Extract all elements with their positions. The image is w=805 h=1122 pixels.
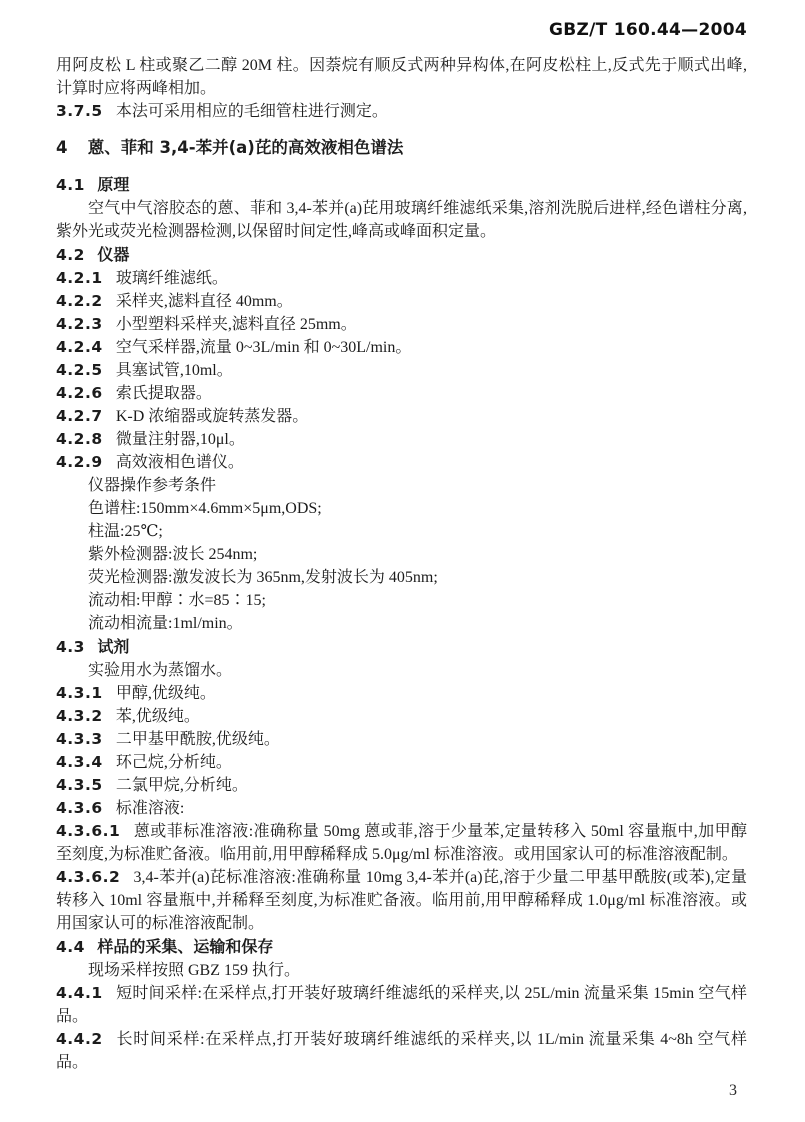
clause-4.3.5: 4.3.5二氯甲烷,分析纯。 [56, 774, 747, 797]
clause-number: 4.3.6 [56, 799, 103, 817]
clause-text: 长时间采样:在采样点,打开装好玻璃纤维滤纸的采样夹,以 1L/min 流量采集 … [56, 1031, 747, 1071]
clause-number: 4.3.4 [56, 753, 103, 771]
clause-text: 高效液相色谱仪。 [116, 454, 244, 471]
clause-4.1: 4.1原理 [56, 173, 747, 197]
clause-4.3.6.2: 4.3.6.23,4-苯并(a)芘标准溶液:准确称量 10mg 3,4-苯并(a… [56, 866, 747, 935]
paragraph: 现场采样按照 GBZ 159 执行。 [56, 959, 747, 982]
clause-text: K-D 浓缩器或旋转蒸发器。 [116, 408, 308, 425]
clause-number: 4.3.3 [56, 730, 103, 748]
clause-4.3: 4.3试剂 [56, 635, 747, 659]
clause-4.2.9: 4.2.9高效液相色谱仪。 [56, 451, 747, 474]
clause-number: 4.3 [56, 638, 85, 656]
clause-4.2.2: 4.2.2采样夹,滤料直径 40mm。 [56, 290, 747, 313]
clause-number: 4.2.4 [56, 338, 103, 356]
clause-text: 色谱柱:150mm×4.6mm×5μm,ODS; [88, 500, 322, 517]
clause-text: 蒽、菲和 3,4-苯并(a)芘的高效液相色谱法 [88, 138, 404, 157]
clause-4.3.4: 4.3.4环己烷,分析纯。 [56, 751, 747, 774]
clause-4.2.3: 4.2.3小型塑料采样夹,滤料直径 25mm。 [56, 313, 747, 336]
clause-number: 4.3.2 [56, 707, 103, 725]
clause-number: 4.3.6.1 [56, 822, 120, 840]
clause-number: 4.2.2 [56, 292, 103, 310]
clause-number: 4.4.2 [56, 1030, 103, 1048]
clause-text: 荧光检测器:激发波长为 365nm,发射波长为 405nm; [88, 569, 438, 586]
clause-text: 二甲基甲酰胺,优级纯。 [116, 731, 280, 748]
clause-text: 本法可采用相应的毛细管柱进行测定。 [116, 103, 388, 120]
clause-text: 3,4-苯并(a)芘标准溶液:准确称量 10mg 3,4-苯并(a)芘,溶于少量… [56, 869, 747, 932]
standard-number: GBZ/T 160.44—2004 [549, 20, 747, 40]
clause-number: 3.7.5 [56, 102, 103, 120]
paragraph: 色谱柱:150mm×4.6mm×5μm,ODS; [88, 497, 747, 520]
clause-number: 4.2.7 [56, 407, 103, 425]
clause-text: 具塞试管,10ml。 [116, 362, 233, 379]
document-page: GBZ/T 160.44—2004 用阿皮松 L 柱或聚乙二醇 20M 柱。因萘… [0, 0, 805, 1122]
paragraph: 实验用水为蒸馏水。 [56, 659, 747, 682]
clause-text: 仪器 [97, 245, 129, 264]
paragraph: 柱温:25℃; [88, 520, 747, 543]
clause-text: 样品的采集、运输和保存 [97, 937, 273, 956]
clause-number: 4.3.6.2 [56, 868, 120, 886]
clause-text: 苯,优级纯。 [116, 708, 200, 725]
clause-text: 索氏提取器。 [116, 385, 212, 402]
clause-text: 试剂 [97, 637, 129, 656]
clause-text: 紫外检测器:波长 254nm; [88, 546, 257, 563]
clause-number: 4.2.3 [56, 315, 103, 333]
clause-number: 4.2.5 [56, 361, 103, 379]
paragraph: 荧光检测器:激发波长为 365nm,发射波长为 405nm; [88, 566, 747, 589]
clause-text: 短时间采样:在采样点,打开装好玻璃纤维滤纸的采样夹,以 25L/min 流量采集… [56, 985, 747, 1025]
clause-text: 流动相:甲醇∶水=85∶15; [88, 592, 266, 609]
paragraph: 仪器操作参考条件 [88, 474, 747, 497]
clause-4.2.6: 4.2.6索氏提取器。 [56, 382, 747, 405]
clause-text: 仪器操作参考条件 [88, 477, 216, 494]
clause-text: 柱温:25℃; [88, 523, 163, 540]
clause-number: 4 [56, 138, 68, 157]
clause-4.4.2: 4.4.2长时间采样:在采样点,打开装好玻璃纤维滤纸的采样夹,以 1L/min … [56, 1028, 747, 1074]
paragraph: 紫外检测器:波长 254nm; [88, 543, 747, 566]
page-number: 3 [729, 1082, 737, 1100]
clause-text: 蒽或菲标准溶液:准确称量 50mg 蒽或菲,溶于少量苯,定量转移入 50ml 容… [56, 823, 747, 863]
clause-number: 4.2 [56, 246, 85, 264]
clause-4.3.2: 4.3.2苯,优级纯。 [56, 705, 747, 728]
clause-text: 原理 [97, 175, 129, 194]
clause-4.4.1: 4.4.1短时间采样:在采样点,打开装好玻璃纤维滤纸的采样夹,以 25L/min… [56, 982, 747, 1028]
clause-number: 4.3.5 [56, 776, 103, 794]
document-content: 用阿皮松 L 柱或聚乙二醇 20M 柱。因萘烷有顺反式两种异构体,在阿皮松柱上,… [56, 54, 747, 1074]
clause-text: 现场采样按照 GBZ 159 执行。 [88, 962, 300, 979]
paragraph: 流动相:甲醇∶水=85∶15; [88, 589, 747, 612]
clause-4.3.1: 4.3.1甲醇,优级纯。 [56, 682, 747, 705]
clause-4.2.1: 4.2.1玻璃纤维滤纸。 [56, 267, 747, 290]
paragraph: 空气中气溶胶态的蒽、菲和 3,4-苯并(a)芘用玻璃纤维滤纸采集,溶剂洗脱后进样… [56, 197, 747, 243]
clause-4.3.3: 4.3.3二甲基甲酰胺,优级纯。 [56, 728, 747, 751]
clause-3.7.5: 3.7.5本法可采用相应的毛细管柱进行测定。 [56, 100, 747, 123]
clause-text: 二氯甲烷,分析纯。 [116, 777, 248, 794]
clause-text: 空气中气溶胶态的蒽、菲和 3,4-苯并(a)芘用玻璃纤维滤纸采集,溶剂洗脱后进样… [56, 200, 747, 240]
clause-number: 4.4 [56, 938, 85, 956]
clause-number: 4.2.1 [56, 269, 103, 287]
clause-4.2.5: 4.2.5具塞试管,10ml。 [56, 359, 747, 382]
clause-text: 空气采样器,流量 0~3L/min 和 0~30L/min。 [116, 339, 412, 356]
clause-4.2: 4.2仪器 [56, 243, 747, 267]
clause-text: 小型塑料采样夹,滤料直径 25mm。 [116, 316, 357, 333]
clause-number: 4.2.8 [56, 430, 103, 448]
clause-4: 4蒽、菲和 3,4-苯并(a)芘的高效液相色谱法 [56, 136, 747, 159]
clause-number: 4.3.1 [56, 684, 103, 702]
clause-4.4: 4.4样品的采集、运输和保存 [56, 935, 747, 959]
clause-text: 环己烷,分析纯。 [116, 754, 232, 771]
clause-text: 微量注射器,10μl。 [116, 431, 245, 448]
clause-4.2.8: 4.2.8微量注射器,10μl。 [56, 428, 747, 451]
clause-text: 流动相流量:1ml/min。 [88, 615, 243, 632]
clause-text: 用阿皮松 L 柱或聚乙二醇 20M 柱。因萘烷有顺反式两种异构体,在阿皮松柱上,… [56, 57, 747, 97]
paragraph: 用阿皮松 L 柱或聚乙二醇 20M 柱。因萘烷有顺反式两种异构体,在阿皮松柱上,… [56, 54, 747, 100]
clause-number: 4.1 [56, 176, 85, 194]
paragraph: 流动相流量:1ml/min。 [88, 612, 747, 635]
clause-number: 4.4.1 [56, 984, 103, 1002]
clause-4.3.6: 4.3.6标准溶液: [56, 797, 747, 820]
clause-4.3.6.1: 4.3.6.1蒽或菲标准溶液:准确称量 50mg 蒽或菲,溶于少量苯,定量转移入… [56, 820, 747, 866]
clause-4.2.7: 4.2.7K-D 浓缩器或旋转蒸发器。 [56, 405, 747, 428]
clause-number: 4.2.6 [56, 384, 103, 402]
clause-4.2.4: 4.2.4空气采样器,流量 0~3L/min 和 0~30L/min。 [56, 336, 747, 359]
clause-number: 4.2.9 [56, 453, 103, 471]
clause-text: 玻璃纤维滤纸。 [116, 270, 228, 287]
clause-text: 实验用水为蒸馏水。 [88, 662, 232, 679]
clause-text: 标准溶液: [116, 800, 184, 817]
clause-text: 甲醇,优级纯。 [116, 685, 216, 702]
clause-text: 采样夹,滤料直径 40mm。 [116, 293, 293, 310]
